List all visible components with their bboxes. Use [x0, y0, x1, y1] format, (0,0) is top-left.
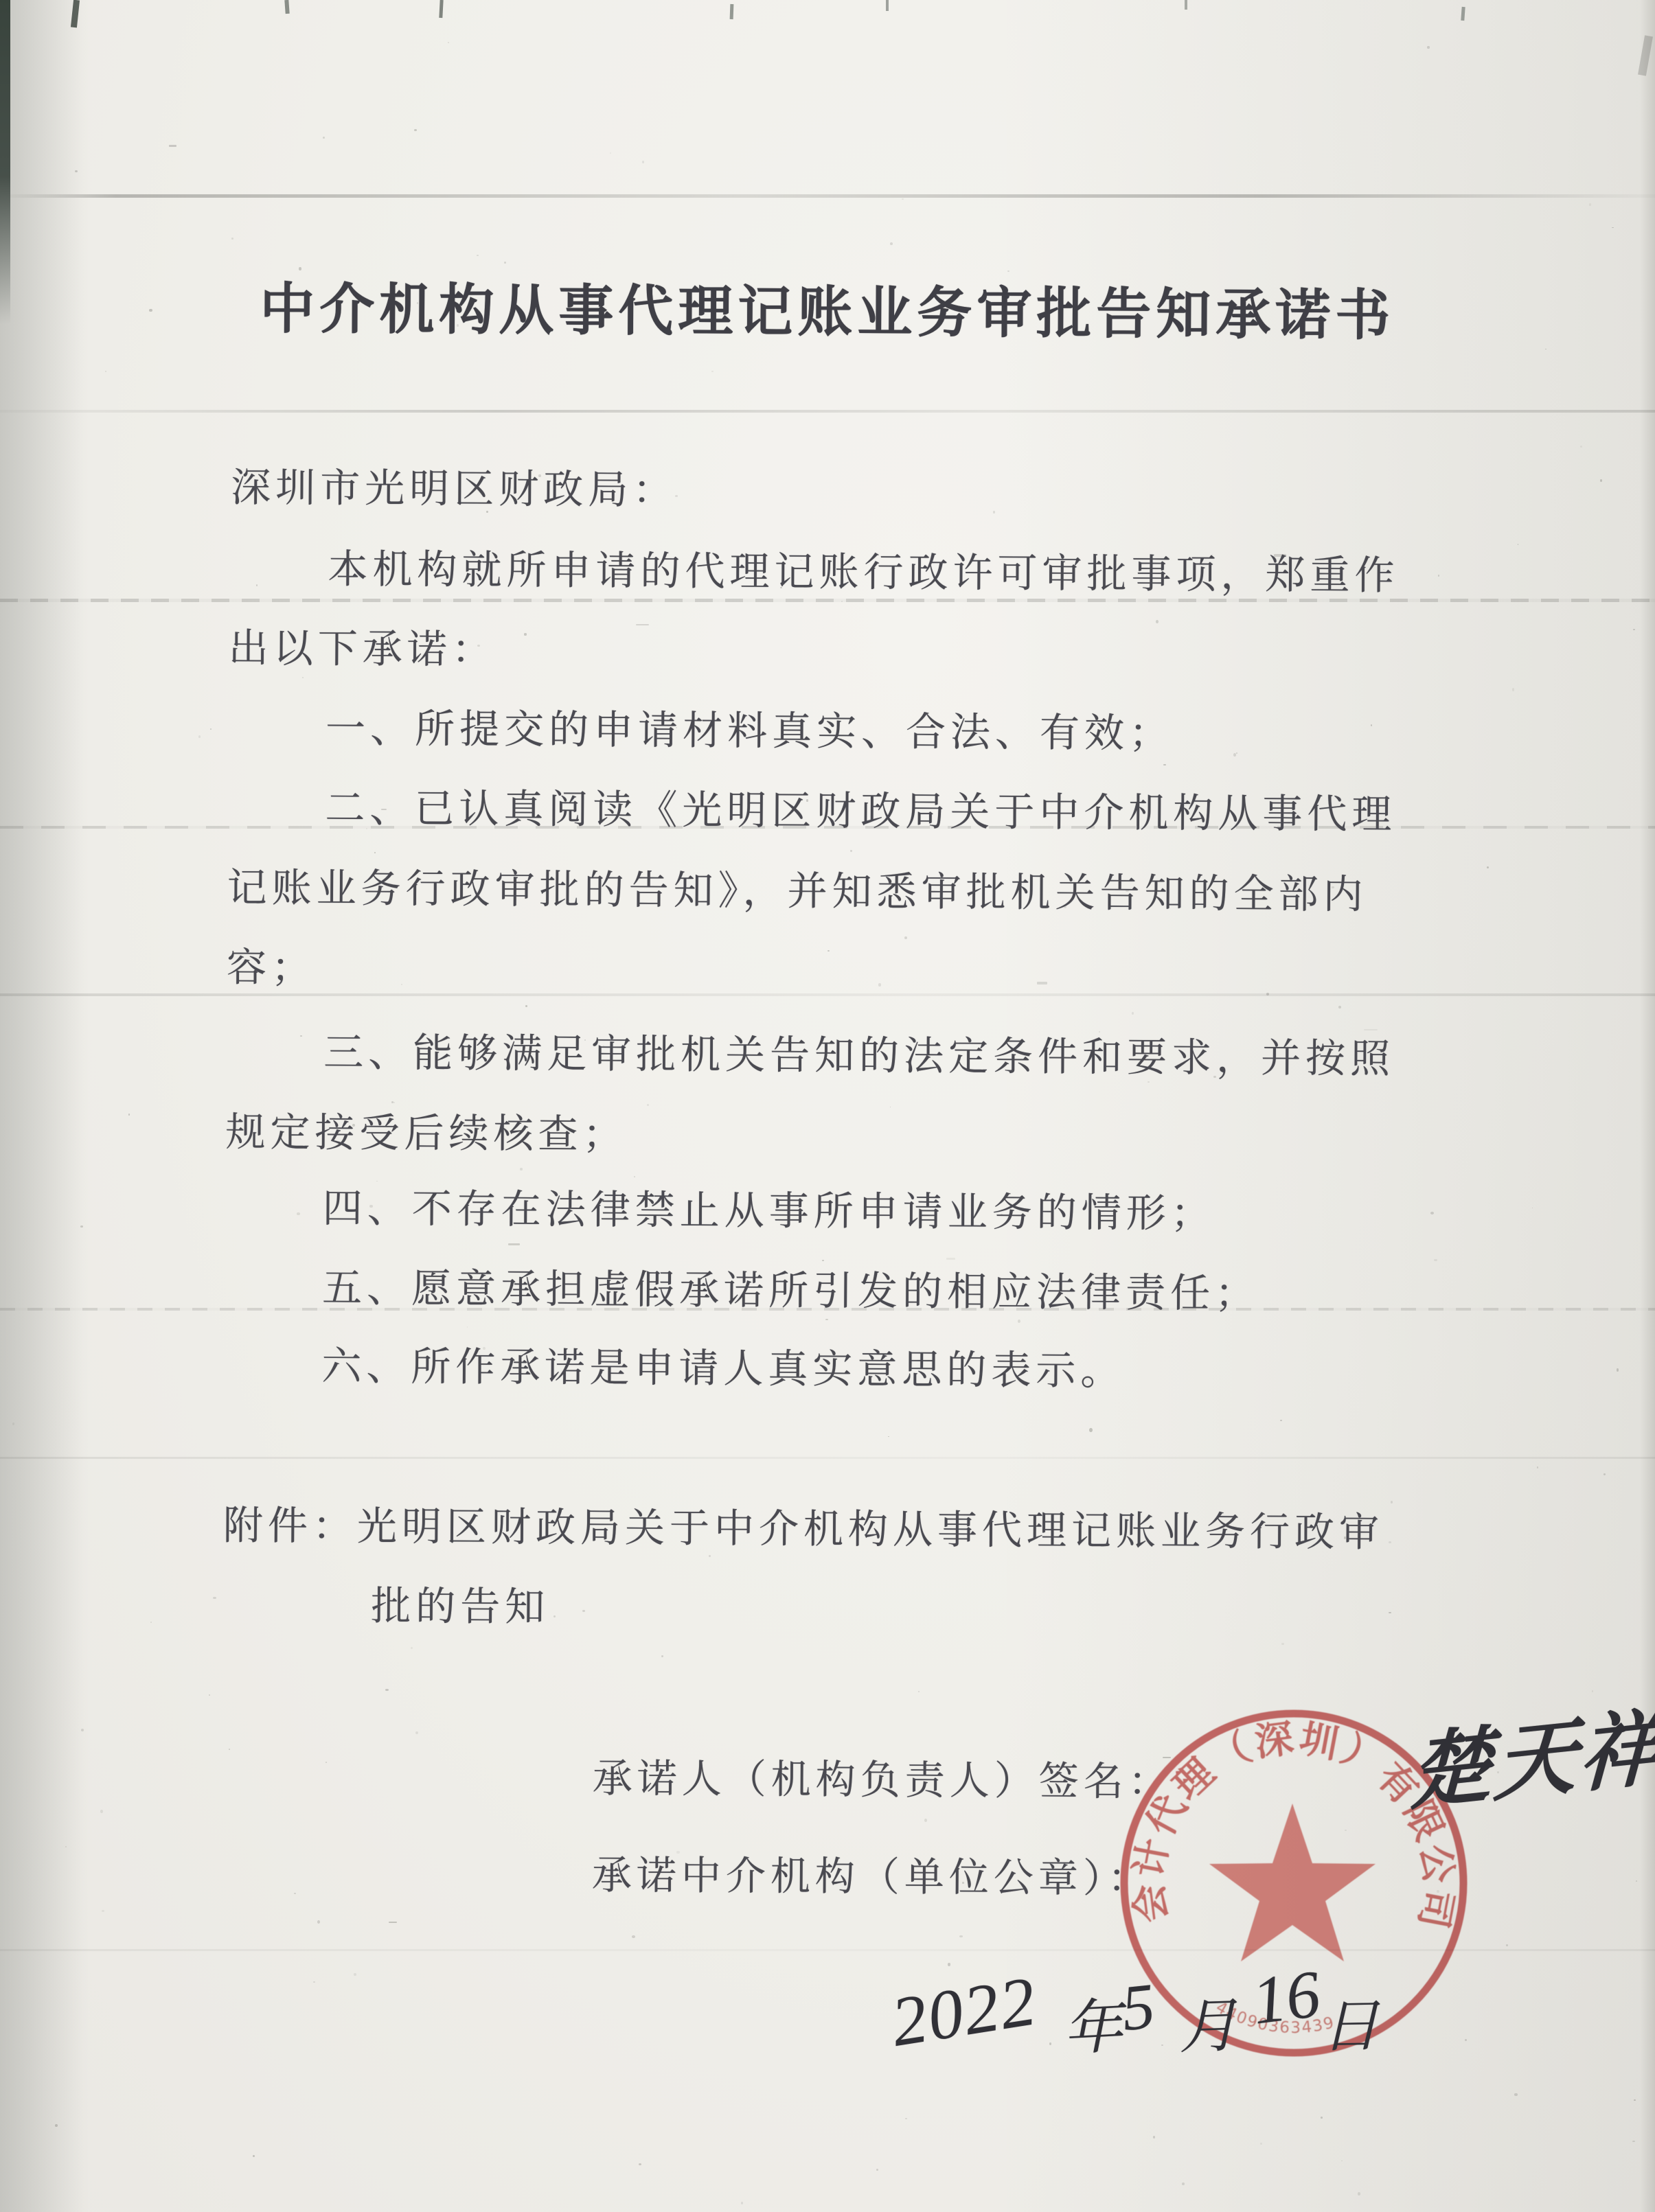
document-line: 深圳市光明区财政局：: [231, 455, 678, 516]
document-line: 本机构就所申请的代理记账行政许可审批事项，郑重作: [328, 537, 1399, 601]
signer-name-label: 承诺人（机构负责人）签名：: [593, 1746, 1174, 1807]
document-line: 批的告知: [371, 1574, 550, 1633]
document-line: 容；: [227, 935, 317, 993]
document-line: 规定接受后续核查；: [225, 1100, 628, 1160]
agency-seal-label: 承诺中介机构（单位公章）：: [592, 1843, 1153, 1904]
document-line: 六、所作承诺是申请人真实意思的表示。: [321, 1334, 1126, 1396]
date-month-unit: 月: [1177, 1978, 1239, 2065]
document-line: 出以下承诺：: [229, 616, 497, 675]
date-day-unit: 日: [1321, 1979, 1380, 2063]
date-day-value: 16: [1248, 1955, 1325, 2040]
document-line: 三、能够满足审批机关告知的法定条件和要求，并按照: [323, 1020, 1395, 1085]
document-line: 五、愿意承担虚假承诺所引发的相应法律责任；: [322, 1256, 1260, 1319]
red-star-icon: [1209, 1804, 1376, 1961]
document-line: 二、已认真阅读《光明区财政局关于中介机构从事代理: [325, 776, 1396, 840]
document-line: 四、不存在法律禁止从事所申请业务的情形；: [323, 1176, 1216, 1239]
document-line: 附件：光明区财政局关于中介机构从事代理记账业务行政审: [223, 1493, 1384, 1558]
document-line: 一、所提交的申请材料真实、合法、有效；: [326, 696, 1174, 759]
document-title: 中介机构从事代理记账业务审批告知承诺书: [0, 263, 1655, 352]
scanned-document-page: 中介机构从事代理记账业务审批告知承诺书 深圳市光明区财政局： 本机构就所申请的代…: [0, 0, 1655, 2212]
date-year-unit: 年: [1061, 1979, 1124, 2066]
document-line: 记账业务行政审批的告知》，并知悉审批机关告知的全部内: [227, 855, 1367, 920]
